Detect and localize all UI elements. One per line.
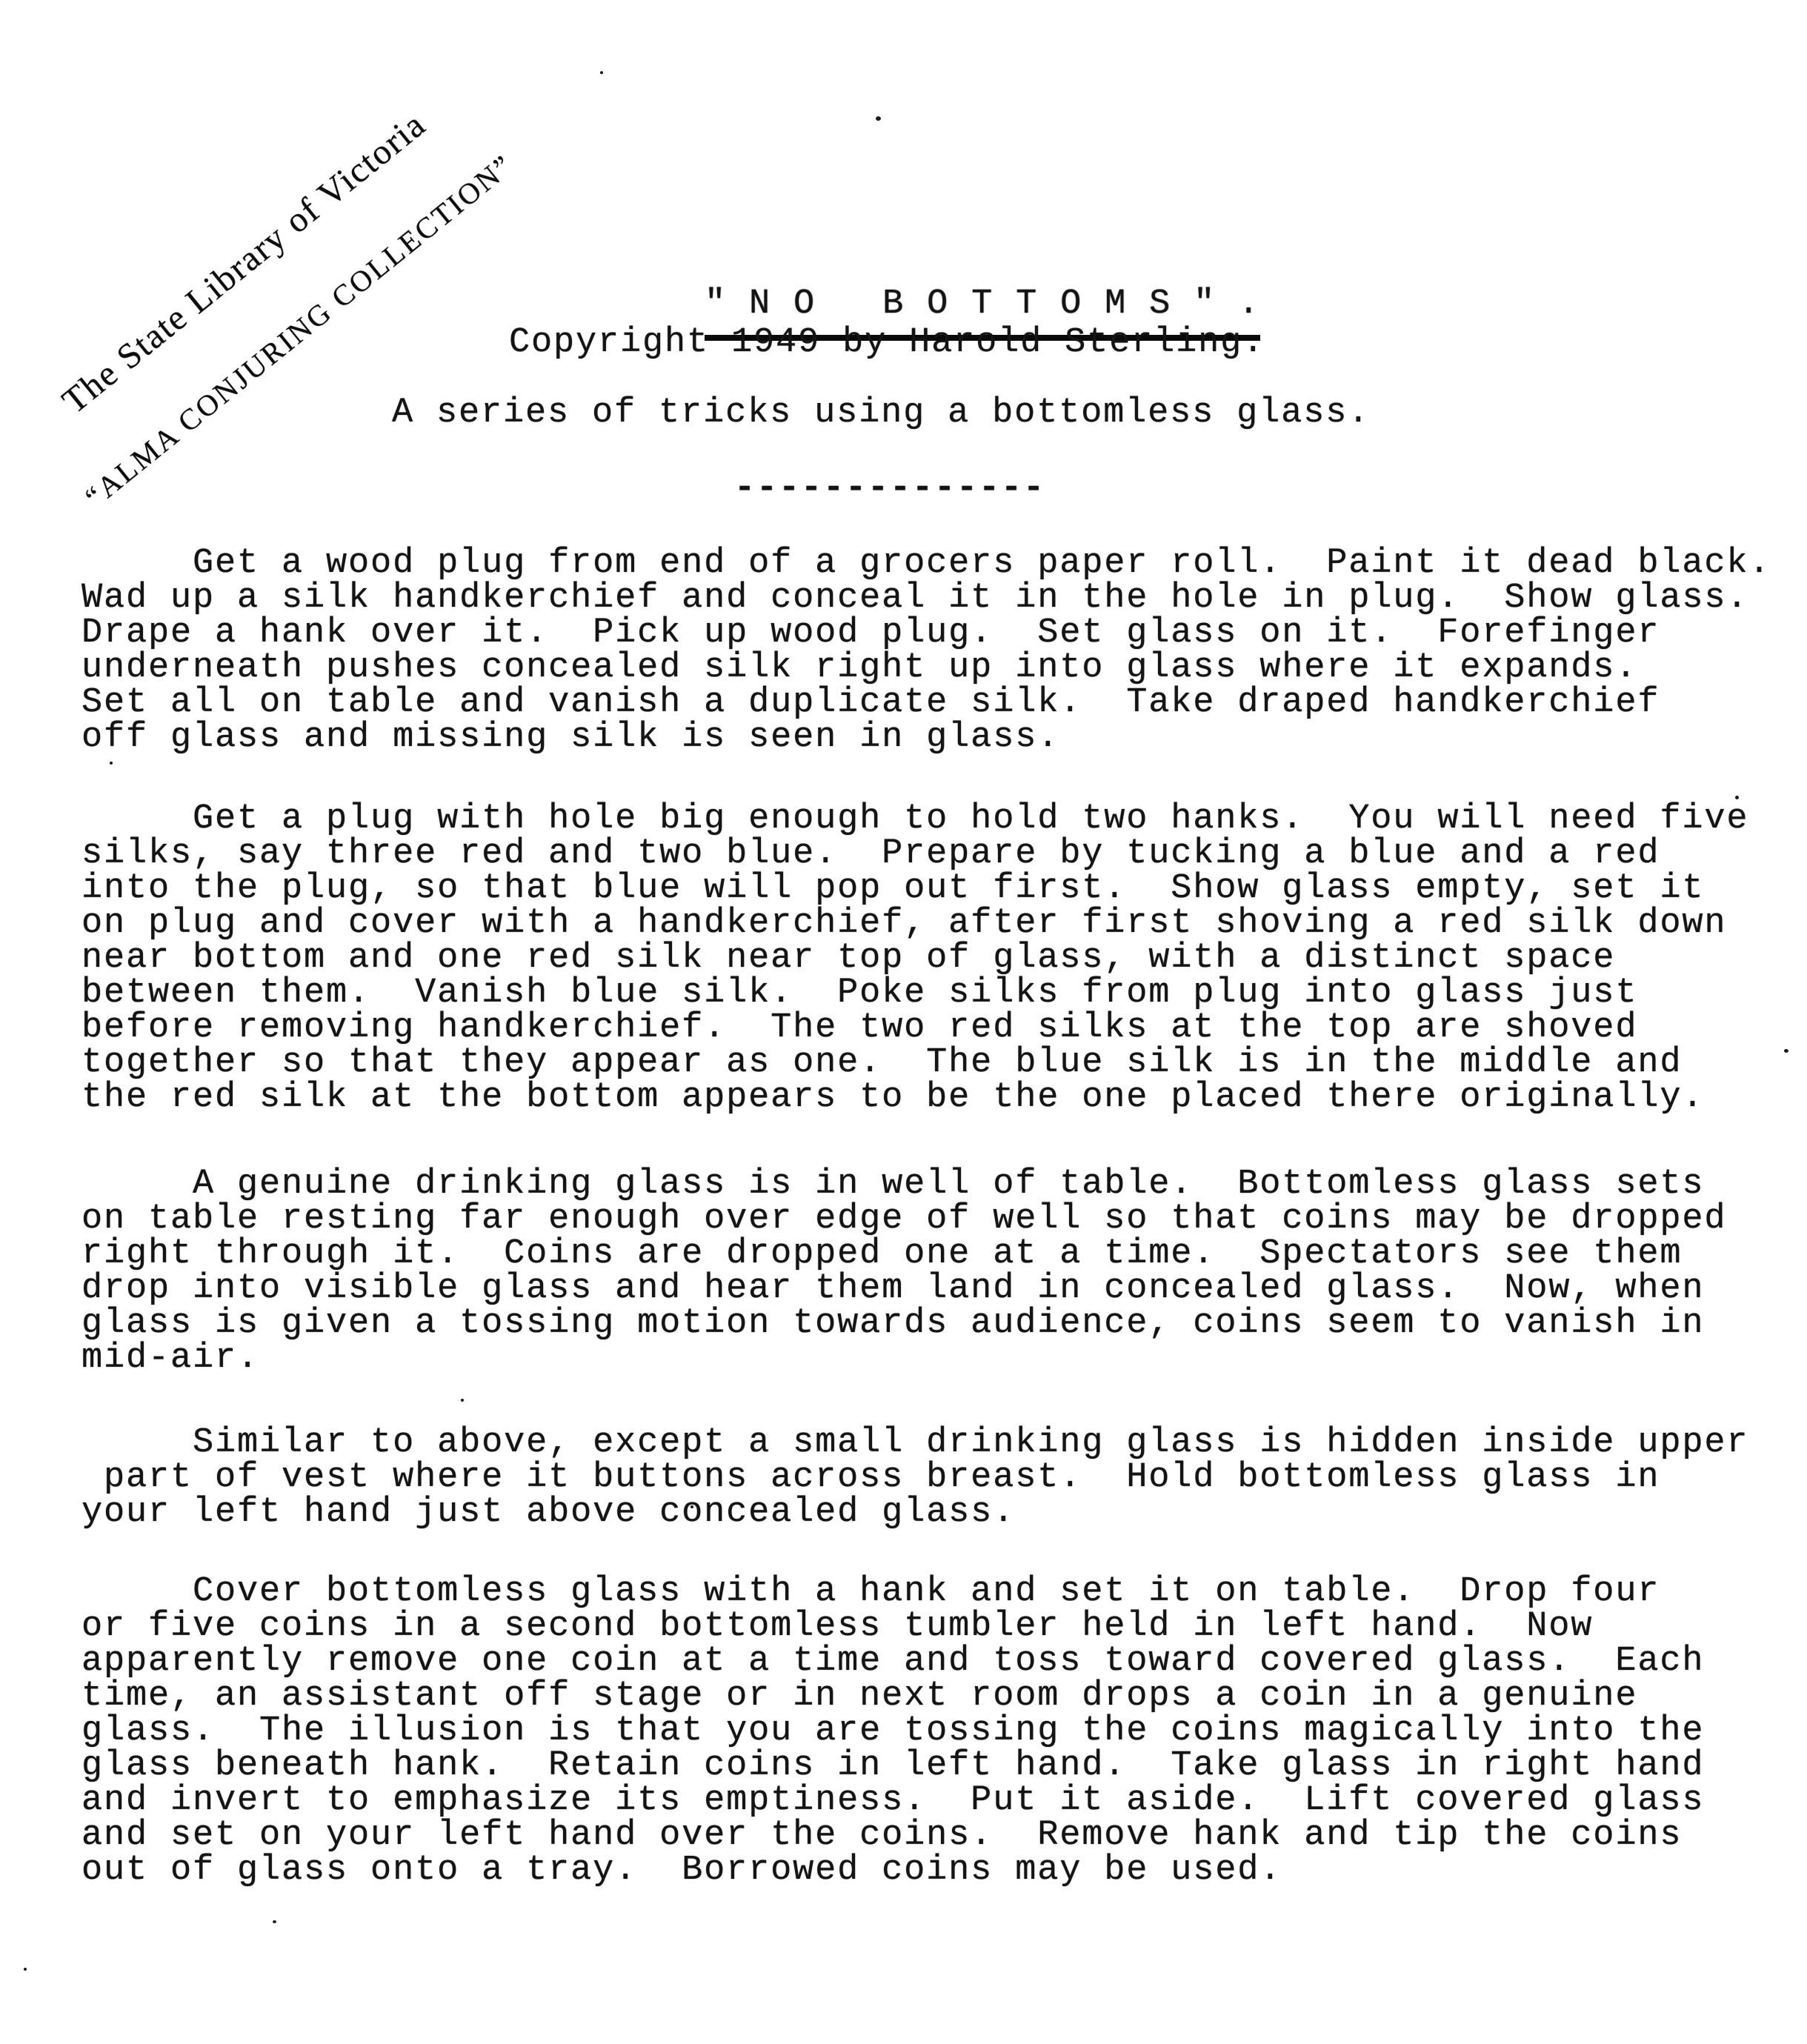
text-line: between them. Vanish blue silk. Poke sil…	[81, 976, 1748, 1011]
text-line: and set on your left hand over the coins…	[81, 1818, 1704, 1853]
text-line: on table resting far enough over edge of…	[81, 1202, 1726, 1236]
scan-speck	[690, 1505, 693, 1508]
text-line: Similar to above, except a small drinkin…	[81, 1425, 1748, 1460]
text-line: Get a plug with hole big enough to hold …	[81, 802, 1748, 836]
text-line: Drape a hank over it. Pick up wood plug.…	[81, 616, 1771, 650]
text-line: glass is given a tossing motion towards …	[81, 1306, 1726, 1341]
text-line: together so that they appear as one. The…	[81, 1045, 1748, 1080]
text-line: the red silk at the bottom appears to be…	[81, 1080, 1748, 1115]
scan-speck	[273, 1920, 276, 1923]
separator-dashes: --------------	[734, 471, 1045, 506]
scan-speck	[1735, 796, 1739, 799]
paragraph-5: Cover bottomless glass with a hank and s…	[81, 1574, 1704, 1888]
text-line: glass beneath hank. Retain coins in left…	[81, 1748, 1704, 1783]
text-line: out of glass onto a tray. Borrowed coins…	[81, 1853, 1704, 1888]
text-line: time, an assistant off stage or in next …	[81, 1679, 1704, 1714]
text-line: or five coins in a second bottomless tum…	[81, 1609, 1704, 1644]
text-line: underneath pushes concealed silk right u…	[81, 650, 1771, 685]
paragraph-2: Get a plug with hole big enough to hold …	[81, 802, 1748, 1115]
text-line: Cover bottomless glass with a hank and s…	[81, 1574, 1704, 1609]
scan-speck	[110, 762, 113, 765]
subtitle-line: A series of tricks using a bottomless gl…	[392, 396, 1370, 430]
scan-speck	[24, 1968, 27, 1971]
text-line: before removing handkerchief. The two re…	[81, 1011, 1748, 1045]
text-line: silks, say three red and two blue. Prepa…	[81, 836, 1748, 871]
scan-speck	[461, 1399, 464, 1402]
text-line: drop into visible glass and hear them la…	[81, 1271, 1726, 1306]
text-line: near bottom and one red silk near top of…	[81, 941, 1748, 976]
text-line: apparently remove one coin at a time and…	[81, 1644, 1704, 1679]
text-line: part of vest where it buttons across bre…	[81, 1460, 1748, 1495]
scan-speck	[1784, 1049, 1788, 1053]
paragraph-4: Similar to above, except a small drinkin…	[81, 1425, 1748, 1530]
text-line: A genuine drinking glass is in well of t…	[81, 1167, 1726, 1202]
text-line: off glass and missing silk is seen in gl…	[81, 720, 1771, 755]
text-line: mid-air.	[81, 1341, 1726, 1376]
text-line: Set all on table and vanish a duplicate …	[81, 685, 1771, 720]
text-line: glass. The illusion is that you are toss…	[81, 1714, 1704, 1748]
paragraph-3: A genuine drinking glass is in well of t…	[81, 1167, 1726, 1376]
text-line: right through it. Coins are dropped one …	[81, 1236, 1726, 1271]
text-line: on plug and cover with a handkerchief, a…	[81, 906, 1748, 941]
scan-speck	[876, 116, 881, 121]
text-line: and invert to emphasize its emptiness. P…	[81, 1783, 1704, 1818]
document-page: The State Library of Victoria “ALMA CONJ…	[0, 0, 1807, 2044]
copyright-line: Copyright 1949 by Harold Sterling.	[509, 325, 1265, 360]
library-stamp: The State Library of Victoria “ALMA CONJ…	[0, 52, 546, 542]
paragraph-1: Get a wood plug from end of a grocers pa…	[81, 546, 1771, 755]
text-line: Get a wood plug from end of a grocers pa…	[81, 546, 1771, 581]
text-line: your left hand just above concealed glas…	[81, 1495, 1748, 1530]
text-line: into the plug, so that blue will pop out…	[81, 871, 1748, 906]
text-line: Wad up a silk handkerchief and conceal i…	[81, 581, 1771, 616]
scan-speck	[600, 71, 603, 74]
